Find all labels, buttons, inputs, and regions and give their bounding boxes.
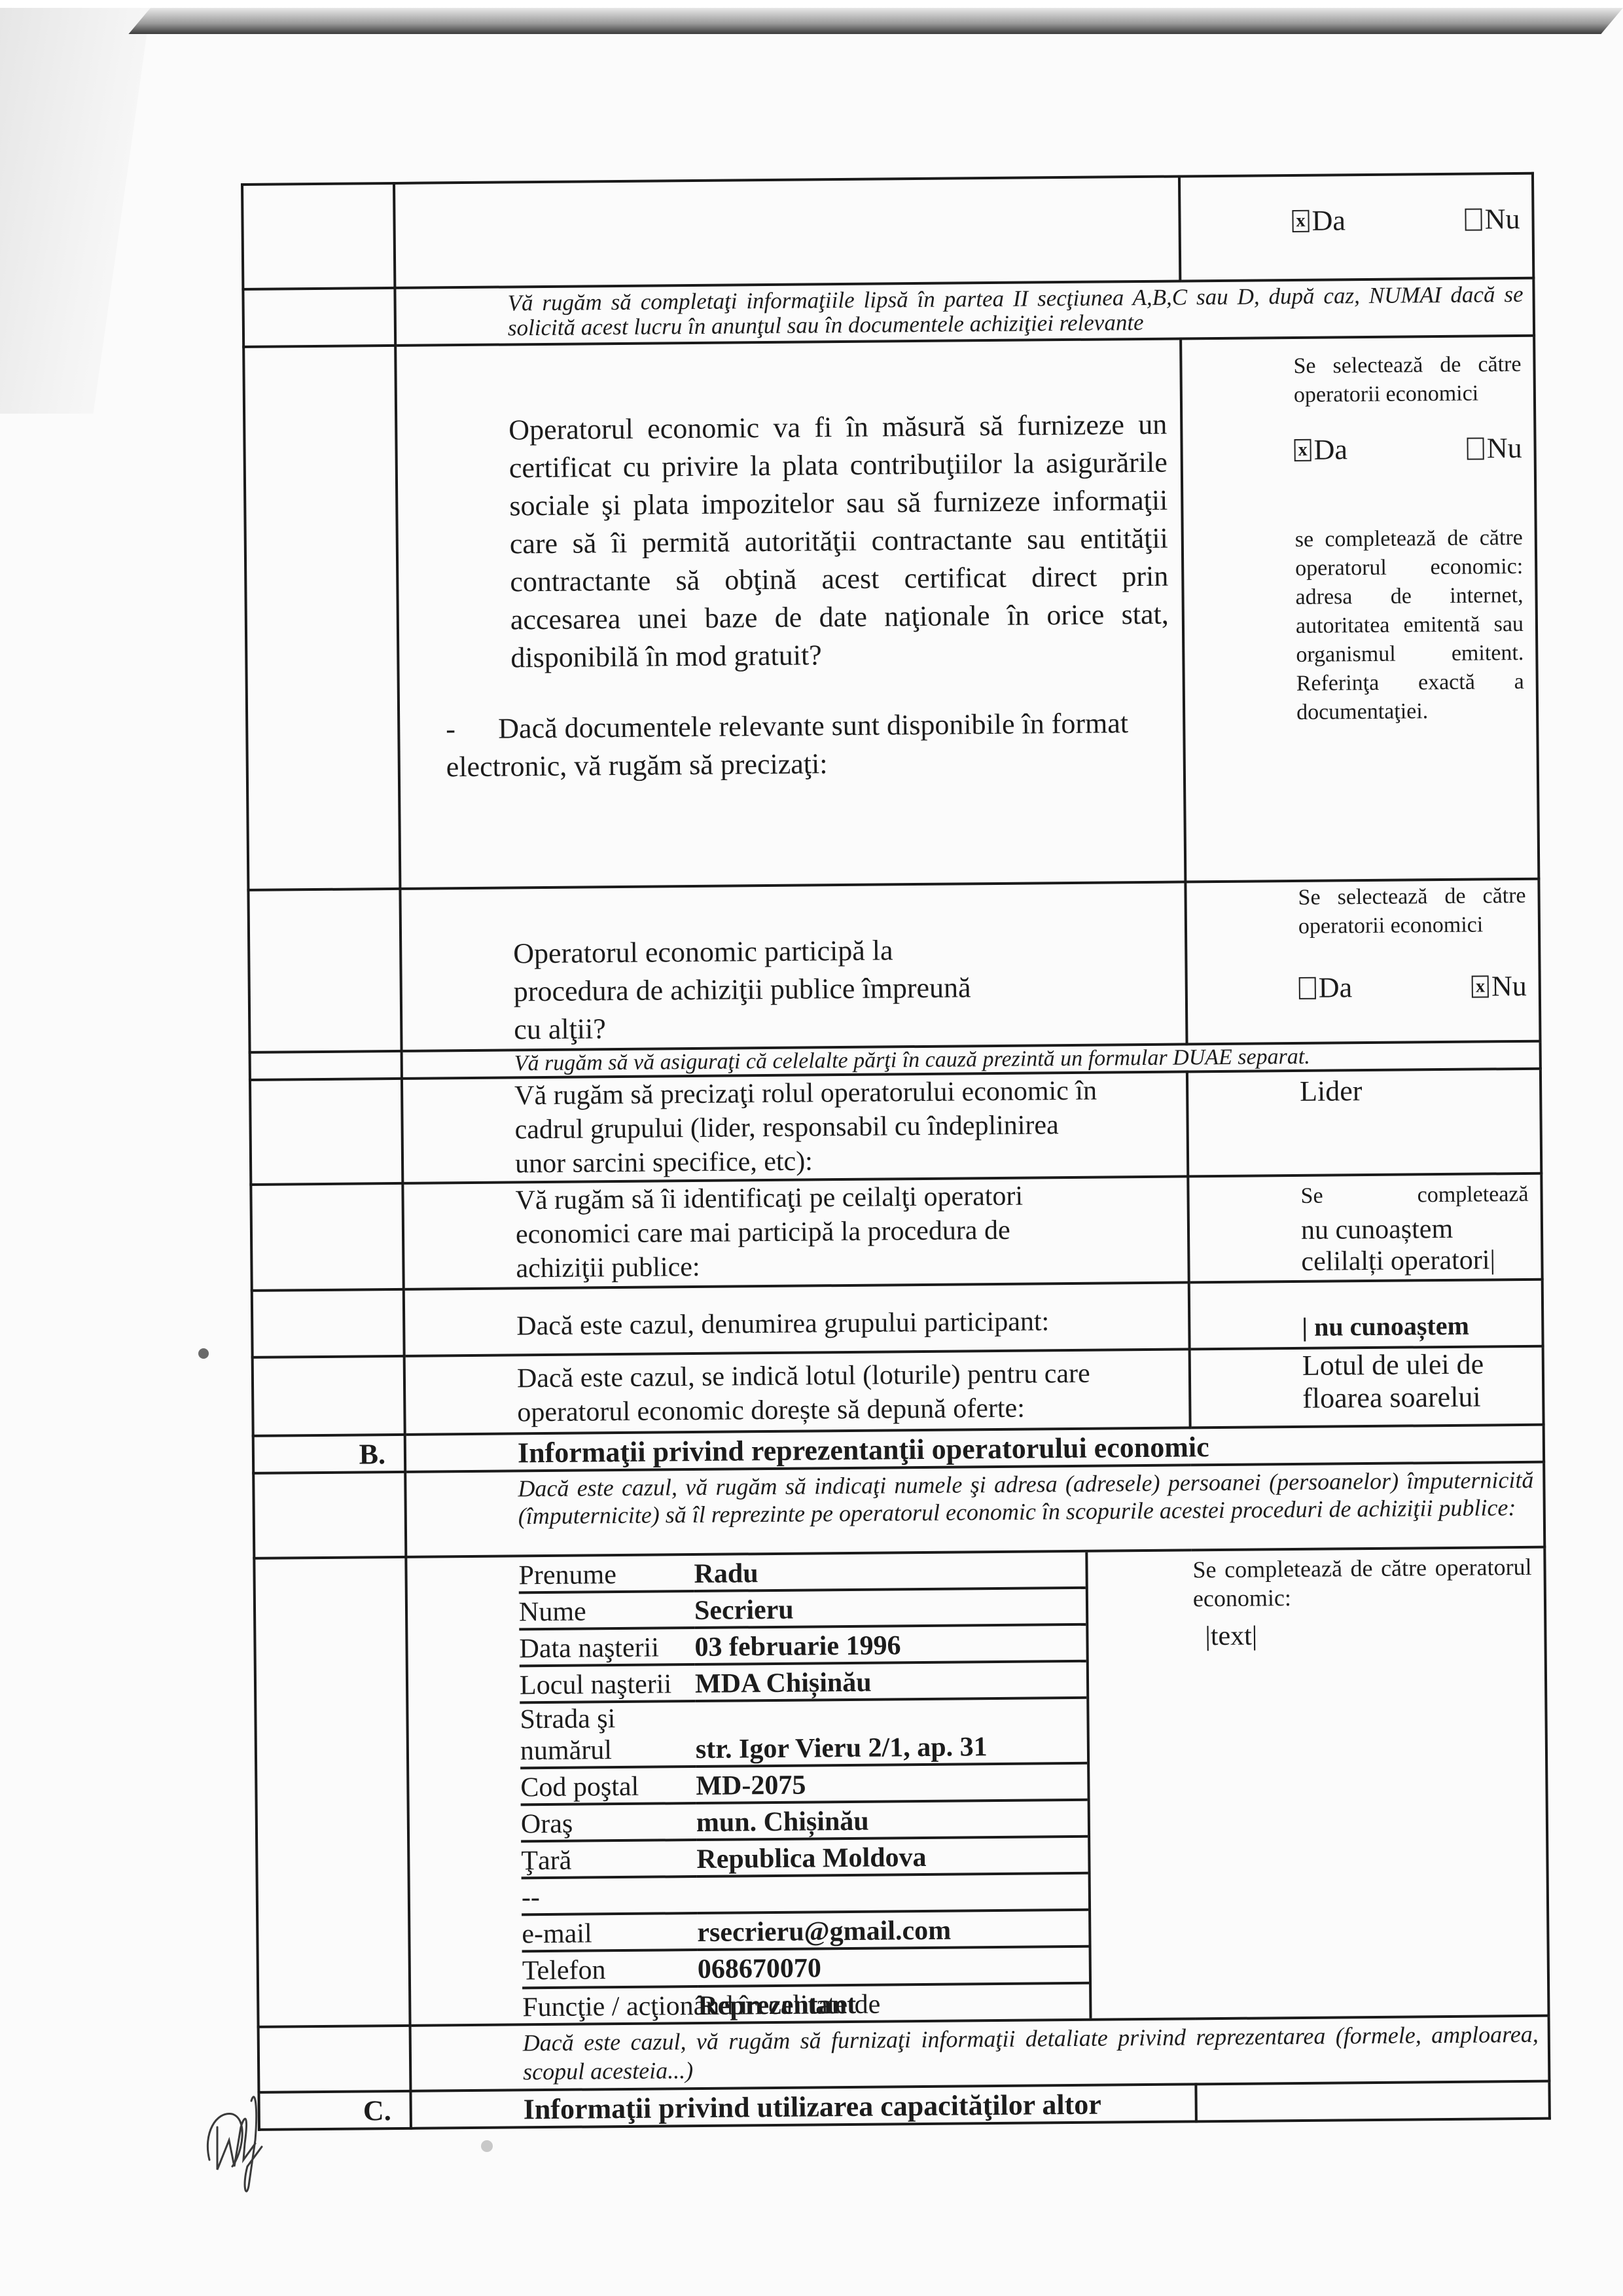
row-letter-cell — [250, 1051, 402, 1080]
checkbox-nu[interactable]: x Nu — [1472, 969, 1527, 1003]
other-operators-answer-cell: Se completează nu cunoaștem celilalți op… — [1188, 1174, 1542, 1283]
yes-no-group: x Da Nu — [1181, 175, 1532, 239]
representative-field-row: -- — [522, 1873, 1088, 1915]
field-label: Ţară — [521, 1840, 696, 1878]
group-name-answer[interactable]: | nu cunoaștem — [1190, 1281, 1542, 1348]
row-letter-cell — [259, 2026, 411, 2092]
side-fill-instruction: Se completează de către operatorul econo… — [1088, 1549, 1544, 1618]
group-name-answer-cell: | nu cunoaștem — [1189, 1280, 1543, 1350]
field-label: Funcţie / acţionând în calitate de — [522, 1986, 698, 2023]
scan-page-fold — [0, 8, 151, 414]
representative-field-row: NumeSecrieru — [519, 1588, 1086, 1630]
representative-side-cell: Se completează de către operatorul econo… — [1088, 1549, 1547, 2018]
checkbox-da-label: Da — [1311, 204, 1346, 237]
certificate-question-cell: Operatorul economic va fi în măsură să f… — [395, 338, 1185, 888]
representative-field-row: Funcţie / acţionând în calitate deReprez… — [522, 1983, 1089, 2024]
representative-field-row: e-mailrsecrieru@gmail.com — [522, 1910, 1088, 1952]
missing-info-note-row: Vă rugăm să completaţi informaţiile lips… — [243, 278, 1534, 347]
field-label: Cod poştal — [520, 1767, 696, 1804]
row-letter-cell — [243, 346, 400, 890]
field-value[interactable]: MDA Chișinău — [695, 1661, 1086, 1701]
role-question-cell: Vă rugăm să precizaţi rolul operatorului… — [402, 1071, 1188, 1183]
field-value[interactable]: mun. Chișinău — [696, 1800, 1088, 1840]
representative-field-row: Strada şi numărulstr. Igor Vieru 2/1, ap… — [520, 1698, 1087, 1768]
representation-note-row: Dacă este cazul, vă rugăm să furnizaţi i… — [259, 2016, 1550, 2092]
lot-question-cell: Dacă este cazul, se indică lotul (loturi… — [404, 1349, 1190, 1434]
empty-box-icon — [1467, 437, 1484, 459]
representation-note: Dacă este cazul, vă rugăm să furnizaţi i… — [412, 2017, 1548, 2090]
scan-top-edge — [0, 0, 1623, 8]
field-value[interactable]: Radu — [694, 1552, 1085, 1591]
representative-details-cell: PrenumeRaduNumeSecrieruData naşterii03 f… — [406, 1547, 1548, 2026]
empty-box-icon — [1299, 977, 1316, 999]
section-b-note-row: Dacă este cazul, vă rugăm să indicaţi nu… — [253, 1462, 1544, 1558]
section-c-answer-cell — [1196, 2081, 1549, 2122]
row-letter-cell — [251, 1183, 403, 1291]
lot-answer[interactable]: Lotul de ulei de floarea soarelui — [1191, 1348, 1543, 1419]
section-c-title: Informaţii privind utilizarea capacităţi… — [412, 2085, 1194, 2126]
representative-field-row: ŢarăRepublica Moldova — [521, 1837, 1088, 1878]
row-letter-cell — [242, 183, 395, 289]
representative-field-row: PrenumeRadu — [518, 1552, 1085, 1593]
field-value[interactable]: Secrieru — [694, 1588, 1086, 1628]
field-label: Locul naşterii — [520, 1664, 695, 1702]
certificate-question: Operatorul economic va fi în măsură să f… — [397, 340, 1182, 677]
duae-form-table: x Da Nu Vă rugăm să completaţi informaţi… — [241, 172, 1551, 2131]
section-b-note: Dacă este cazul, vă rugăm să indicaţi nu… — [406, 1463, 1543, 1534]
lot-row: Dacă este cazul, se indică lotul (loturi… — [253, 1346, 1544, 1436]
checked-box-icon: x — [1294, 439, 1311, 461]
field-label: Oraş — [521, 1803, 696, 1841]
field-label: e-mail — [522, 1913, 697, 1951]
representative-field-row: Locul naşteriiMDA Chișinău — [520, 1661, 1086, 1703]
certificate-answer-cell: Se selectează de către operatorii econom… — [1181, 336, 1539, 882]
checkbox-nu-label: Nu — [1491, 969, 1527, 1003]
top-checkbox-row: x Da Nu — [242, 173, 1533, 289]
other-operators-answer[interactable]: nu cunoaștem celilalți operatori| — [1190, 1213, 1541, 1282]
role-answer[interactable]: Lider — [1188, 1070, 1540, 1113]
other-operators-row: Vă rugăm să îi identificaţi pe ceilalţi … — [251, 1174, 1542, 1291]
other-operators-question: Vă rugăm să îi identificaţi pe ceilalţi … — [404, 1179, 1092, 1287]
side-fill-instruction: Se completează — [1189, 1175, 1540, 1216]
row-letter-cell — [248, 889, 401, 1052]
joint-answer-cell: Se selectează de către operatorii econom… — [1185, 879, 1540, 1045]
field-value[interactable]: Republica Moldova — [696, 1837, 1088, 1876]
joint-question-cell: Operatorul economic participă la procedu… — [400, 882, 1186, 1050]
representative-field-row: Oraşmun. Chișinău — [521, 1800, 1088, 1842]
field-label: Strada şi numărul — [520, 1701, 696, 1768]
field-value[interactable]: rsecrieru@gmail.com — [697, 1910, 1088, 1950]
role-answer-cell: Lider — [1187, 1069, 1541, 1177]
representative-details-row: PrenumeRaduNumeSecrieruData naşterii03 f… — [254, 1547, 1548, 2027]
yes-no-group: x Da Nu — [1183, 412, 1534, 468]
checkbox-nu[interactable]: Nu — [1465, 202, 1520, 236]
missing-info-note: Vă rugăm să completaţi informaţiile lips… — [396, 279, 1533, 344]
role-row: Vă rugăm să precizaţi rolul operatorului… — [250, 1069, 1541, 1185]
checkbox-da[interactable]: x Da — [1292, 204, 1346, 238]
joint-participation-row: Operatorul economic participă la procedu… — [248, 879, 1540, 1052]
duae-form-page: x Da Nu Vă rugăm să completaţi informaţi… — [241, 172, 1548, 2131]
lot-question: Dacă este cazul, se indică lotul (loturi… — [406, 1352, 1107, 1431]
bullet-dash: - — [446, 710, 499, 749]
group-name-question: Dacă este cazul, denumirea grupului part… — [405, 1283, 1188, 1344]
certificate-row: Operatorul economic va fi în măsură să f… — [243, 336, 1539, 890]
side-fill-instruction: se completează de către operatorul econo… — [1183, 465, 1537, 732]
yes-no-group: Da x Nu — [1187, 943, 1539, 1006]
row-letter-cell — [250, 1079, 402, 1185]
handwritten-signature — [203, 2088, 301, 2206]
field-label: Nume — [519, 1591, 694, 1629]
representative-fields-table: PrenumeRaduNumeSecrieruData naşterii03 f… — [518, 1552, 1089, 2024]
field-value[interactable] — [697, 1873, 1088, 1913]
role-question: Vă rugăm să precizaţi rolul operatorului… — [403, 1073, 1117, 1182]
checked-box-icon: x — [1292, 209, 1309, 232]
representative-details: PrenumeRaduNumeSecrieruData naşterii03 f… — [407, 1549, 1547, 2024]
representative-fields: PrenumeRaduNumeSecrieruData naşterii03 f… — [407, 1552, 1092, 2024]
field-value[interactable]: 068670070 — [698, 1946, 1089, 1986]
section-b-letter: B. — [255, 1436, 404, 1472]
side-select-instruction: Se selectează de către operatorii econom… — [1182, 337, 1533, 415]
side-select-instruction: Se selectează de către operatorii econom… — [1186, 880, 1538, 946]
scan-speck — [198, 1348, 209, 1359]
note-cell: Dacă este cazul, vă rugăm să furnizaţi i… — [410, 2016, 1550, 2091]
electronic-docs-question: -Dacă documentele relevante sunt disponi… — [400, 671, 1183, 786]
section-title-cell: Informaţii privind utilizarea capacităţi… — [410, 2084, 1196, 2128]
electronic-docs-text: Dacă documentele relevante sunt disponib… — [446, 707, 1129, 783]
section-letter-cell: B. — [253, 1435, 405, 1473]
row-letter-cell — [253, 1472, 406, 1558]
field-value[interactable]: MD-2075 — [696, 1763, 1087, 1803]
scan-speck — [481, 2140, 493, 2152]
group-name-question-cell: Dacă este cazul, denumirea grupului part… — [404, 1282, 1190, 1355]
representative-field-row: Cod poştalMD-2075 — [520, 1763, 1087, 1805]
field-label: Data naşterii — [519, 1628, 694, 1666]
row-letter-cell — [243, 288, 395, 347]
field-value[interactable]: 03 februarie 1996 — [694, 1624, 1086, 1664]
empty-box-icon — [1465, 208, 1482, 230]
field-value[interactable]: Reprezentant — [698, 1983, 1089, 2022]
group-name-row: Dacă este cazul, denumirea grupului part… — [252, 1280, 1543, 1357]
row-answer-cell: x Da Nu — [1179, 173, 1533, 281]
lot-answer-cell: Lotul de ulei de floarea soarelui — [1190, 1346, 1544, 1428]
row-letter-cell — [252, 1289, 404, 1357]
checkbox-nu-label: Nu — [1485, 202, 1520, 236]
joint-question: Operatorul economic participă la procedu… — [401, 885, 998, 1050]
other-operators-question-cell: Vă rugăm să îi identificaţi pe ceilalţi … — [402, 1176, 1188, 1289]
checkbox-da[interactable]: Da — [1299, 971, 1353, 1005]
note-cell: Dacă este cazul, vă rugăm să indicaţi nu… — [405, 1462, 1544, 1557]
checkbox-da[interactable]: x Da — [1294, 433, 1347, 467]
note-cell: Vă rugăm să completaţi informaţiile lips… — [395, 278, 1534, 346]
row-letter-cell — [253, 1356, 405, 1436]
row-question-cell — [394, 176, 1180, 287]
representative-field-row: Telefon068670070 — [522, 1946, 1089, 1988]
checked-box-icon: x — [1472, 975, 1489, 997]
checkbox-nu-label: Nu — [1487, 431, 1522, 465]
checkbox-nu[interactable]: Nu — [1467, 431, 1522, 465]
representative-side-value[interactable]: |text| — [1088, 1614, 1544, 1657]
field-label: -- — [522, 1876, 697, 1914]
checkbox-da-label: Da — [1319, 971, 1353, 1004]
field-label: Telefon — [522, 1950, 698, 1988]
representative-field-row: Data naşterii03 februarie 1996 — [519, 1624, 1086, 1666]
checkbox-da-label: Da — [1313, 433, 1347, 466]
field-label: Prenume — [518, 1556, 694, 1592]
field-value[interactable]: str. Igor Vieru 2/1, ap. 31 — [695, 1698, 1087, 1767]
scan-shadow-bar — [128, 8, 1623, 34]
row-letter-cell — [254, 1557, 410, 2027]
